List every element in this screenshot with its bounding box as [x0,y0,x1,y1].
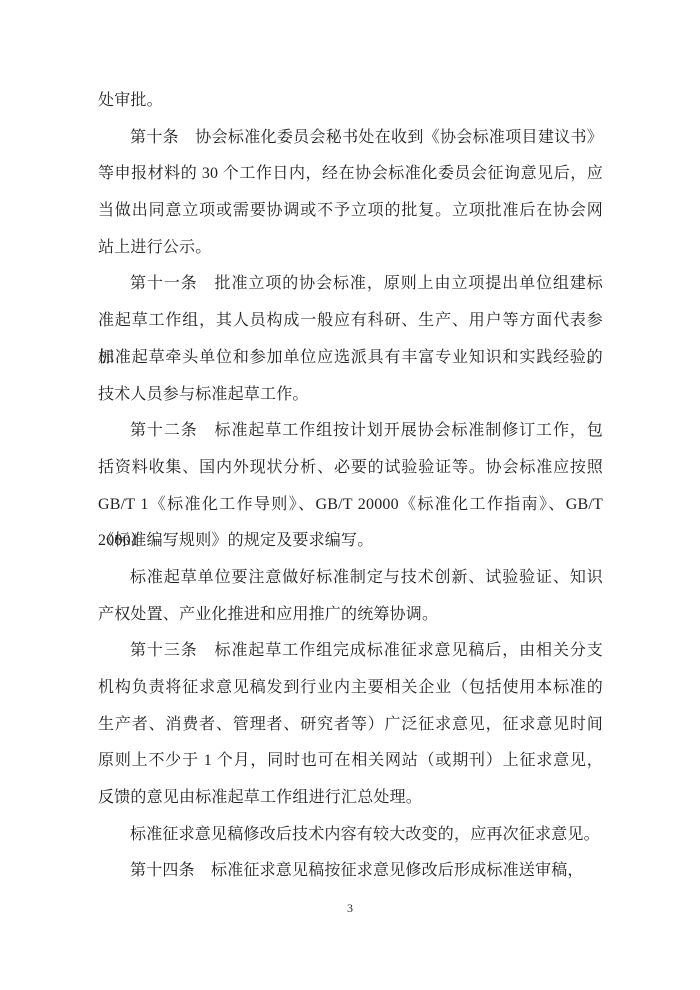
document-line: 第十三条 标准起草工作组完成标准征求意见稿后，由相关分支 [98,633,603,670]
document-line: 等申报材料的 30 个工作日内，经在协会标准化委员会征询意见后，应 [98,156,603,193]
document-line: 机构负责将征求意见稿发到行业内主要相关企业（包括使用本标准的 [98,670,603,707]
document-line: 站上进行公示。 [98,230,603,267]
document-line: 第十四条 标准征求意见稿按征求意见修改后形成标准送审稿， [98,853,603,890]
document-body-text: 处审批。第十条 协会标准化委员会秘书处在收到《协会标准项目建议书》等申报材料的 … [98,83,603,890]
document-line: 生产者、消费者、管理者、研究者等）广泛征求意见，征求意见时间 [98,707,603,744]
document-line: GB/T 1《标准化工作导则》、GB/T 20000《标准化工作指南》、GB/T… [98,487,603,524]
document-line: 当做出同意立项或需要协调或不予立项的批复。立项批准后在协会网 [98,193,603,230]
document-page: 处审批。第十条 协会标准化委员会秘书处在收到《协会标准项目建议书》等申报材料的 … [0,0,700,990]
document-line: 准起草工作组，其人员构成一般应有科研、生产、用户等方面代表参加。 [98,303,603,340]
document-line: 反馈的意见由标准起草工作组进行汇总处理。 [98,780,603,817]
document-line: 产权处置、产业化推进和应用推广的统筹协调。 [98,597,603,634]
document-line: 标准起草牵头单位和参加单位应选派具有丰富专业知识和实践经验的 [98,340,603,377]
document-line: 第十条 协会标准化委员会秘书处在收到《协会标准项目建议书》 [98,120,603,157]
document-line: 第十二条 标准起草工作组按计划开展协会标准制修订工作，包 [98,413,603,450]
document-line: 括资料收集、国内外现状分析、必要的试验验证等。协会标准应按照 [98,450,603,487]
document-line: 原则上不少于 1 个月，同时也可在相关网站（或期刊）上征求意见， [98,743,603,780]
document-line: 技术人员参与标准起草工作。 [98,377,603,414]
document-line: 标准征求意见稿修改后技术内容有较大改变的，应再次征求意见。 [98,817,603,854]
page-number: 3 [0,900,700,916]
document-line: 处审批。 [98,83,603,120]
document-line: 第十一条 批准立项的协会标准，原则上由立项提出单位组建标 [98,266,603,303]
document-line: 标准起草单位要注意做好标准制定与技术创新、试验验证、知识 [98,560,603,597]
document-line: 《标准编写规则》的规定及要求编写。 [98,523,603,560]
